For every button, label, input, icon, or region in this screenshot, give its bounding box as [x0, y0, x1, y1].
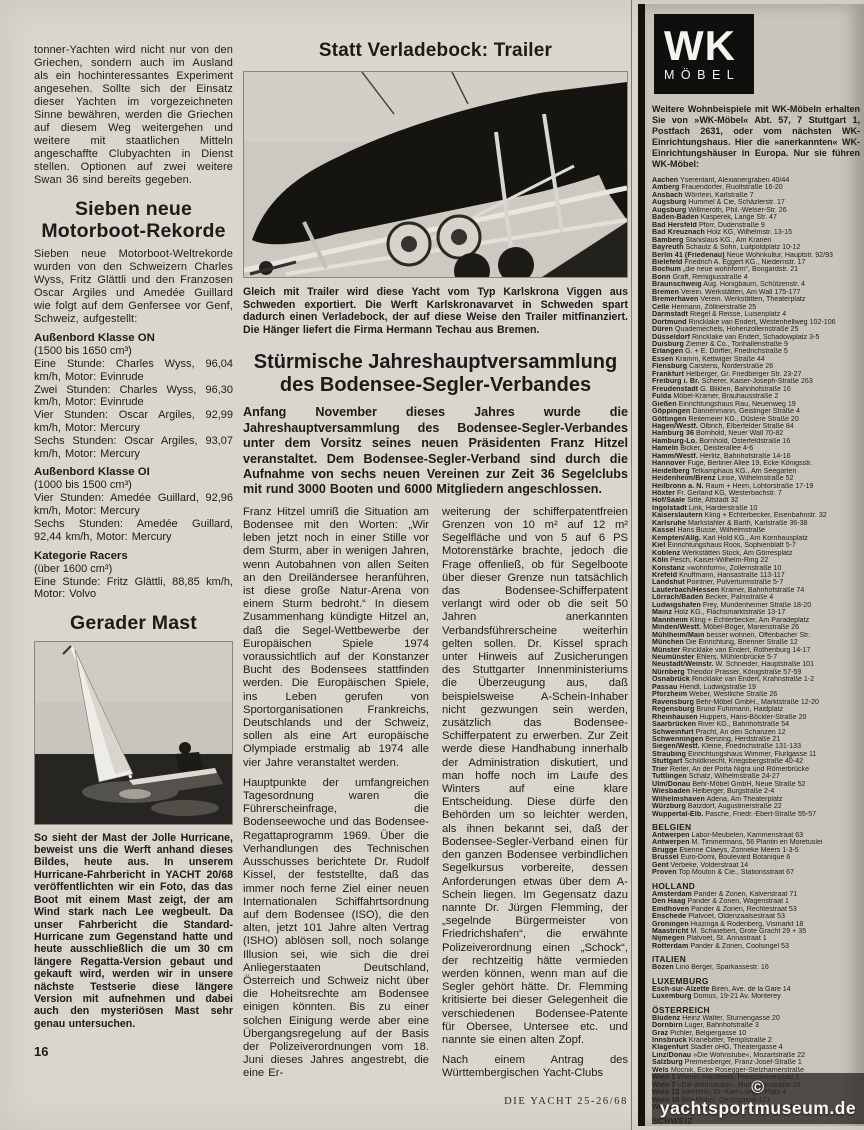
dealer-city: Salzburg — [652, 1059, 683, 1066]
dealer-city: Münster — [652, 647, 680, 654]
dealer-city: Freudenstadt — [652, 386, 698, 393]
dealer-entry: Kassel Hans Busse, Wilhelmstraße — [652, 527, 860, 534]
dealer-city: Ingolstadt — [652, 505, 687, 512]
dealer-city: Augsburg — [652, 199, 686, 206]
dealer-entry: Schwenningen Benzing, Herdstraße 21 — [652, 736, 860, 743]
dealer-city: Bielefeld — [652, 259, 682, 266]
watermark: © yachtsportmuseum.de — [652, 1073, 864, 1124]
article-body-col-2: weiterung der schifferpatentfreien Grenz… — [442, 506, 628, 1088]
dealer-entry: Bludenz Heinz Walter, Sturnengasse 20 — [652, 1015, 860, 1022]
dealer-entry: Innsbruck Kranebitter, Templstraße 2 — [652, 1037, 860, 1044]
dealer-entry: Amberg Frauendorfer, Ruolfstraße 16-20 — [652, 184, 860, 191]
dealer-entry: Bonn Graff, Remigiusstraße 4 — [652, 274, 860, 281]
dealer-city: Amsterdam — [652, 891, 692, 898]
dealer-city: Aachen — [652, 177, 678, 184]
dealer-city: Augsburg — [652, 207, 686, 214]
dealer-entry: Hamburg 36 Bornhold, Neuer Wall 70-82 — [652, 430, 860, 437]
dealer-entry: Dornbirn Luger, Bahnhofstraße 3 — [652, 1022, 860, 1029]
dealer-city: Ansbach — [652, 192, 683, 199]
dealer-entry: Duisburg Ziemer & Co., Tonhallenstraße 9 — [652, 341, 860, 348]
ad-intro-text: Weitere Wohnbeispiele mit WK-Möbeln erha… — [652, 104, 860, 170]
mast-photo-caption: So sieht der Mast der Jolle Hurricane, b… — [34, 832, 233, 1031]
dealer-entry: Stuttgart Schildknecht, Kriegsbergstraße… — [652, 758, 860, 765]
record-group-subtitle: (1500 bis 1650 cm³) — [34, 345, 233, 358]
dealer-city: Heilbronn a. N. — [652, 483, 704, 490]
dealer-city: Würzburg — [652, 803, 686, 810]
dealer-city: Den Haag — [652, 898, 686, 905]
dealer-entry: Hamm/Westf. Herlitz, Bahnhofstraße 14-16 — [652, 453, 860, 460]
dealer-city: Kaiserslautern — [652, 512, 703, 519]
dealer-city: Stuttgart — [652, 758, 682, 765]
record-entry: Sechs Stunden: Oscar Argiles, 93,07 km/h… — [34, 435, 233, 461]
dealer-city: Nijmegen — [652, 935, 685, 942]
dealer-entry: Bremerhaven Verein. Werkstätten, Theater… — [652, 296, 860, 303]
dealer-city: Neustadt/Weinstr. — [652, 661, 713, 668]
dealer-entry: Münster Rincklake van Endert, Rothenburg… — [652, 647, 860, 654]
dealer-city: München — [652, 639, 684, 646]
dealer-city: Freiburg i. Br. — [652, 378, 700, 385]
dealer-entry: Flensburg Carstens, Norderstraße 26 — [652, 363, 860, 370]
country-header: BELGIEN — [652, 823, 860, 832]
dealer-city: Gießen — [652, 401, 677, 408]
dealer-city: Hamburg 36 — [652, 430, 694, 437]
dealer-entry: Augsburg Hummel & Cie, Schäzlerstr. 17 — [652, 199, 860, 206]
dealer-entry: Baden-Baden Kasperek, Lange Str. 47 — [652, 214, 860, 221]
dealer-entry: Ansbach Wörrlein, Karlstraße 7 — [652, 192, 860, 199]
dealer-entry: Dortmund Rincklake van Endert, Westenhel… — [652, 319, 860, 326]
dealer-entry: Hameln Bicker, Deisterallee 4-6 — [652, 445, 860, 452]
page-number: 16 — [34, 1044, 233, 1059]
dealer-entry: München Die Einrichtung, Brienner Straße… — [652, 639, 860, 646]
dealer-entry: Rheinhausen Huppers, Hans-Böckler-Straße… — [652, 714, 860, 721]
dealer-city: Bludenz — [652, 1015, 680, 1022]
dealer-city: Bochum — [652, 266, 681, 273]
dealer-city: Bad Hersfeld — [652, 222, 697, 229]
dealer-city: Brugge — [652, 847, 677, 854]
dealer-city: Enschede — [652, 913, 686, 920]
record-group-subtitle: (über 1600 cm³) — [34, 563, 233, 576]
dealer-city: Bamberg — [652, 237, 683, 244]
dealer-city: Göttingen — [652, 416, 686, 423]
dealer-entry: Wiesbaden Helberger, Burgstraße 2-4 — [652, 788, 860, 795]
dealer-entry: Höxter Fr. Gerland KG, Westerbachstr. 7 — [652, 490, 860, 497]
dealer-entry: Ulm/Donau Behr-Möbel GmbH, Neue Straße 5… — [652, 781, 860, 788]
record-group-title: Außenbord Klasse OI — [34, 466, 233, 479]
dealer-entry: Göttingen Reitemeier KG., Düstere Straße… — [652, 416, 860, 423]
records-heading: Sieben neue Motorboot-Rekorde — [34, 199, 233, 242]
magazine-page: tonner-Yachten wird nicht nur von den Gr… — [0, 0, 864, 1130]
page-gutter — [631, 0, 632, 1130]
dealer-entry: Luxemburg Domus, 19-21 Av. Monterey — [652, 993, 860, 1000]
dealer-entry: Hagen/Westf. Olbrich, Elberfelder Straße… — [652, 423, 860, 430]
dealer-city: Schweinfurt — [652, 729, 694, 736]
dealer-city: Minden/Westf. — [652, 624, 701, 631]
record-entry: Vier Stunden: Amedée Guillard, 92,96 km/… — [34, 492, 233, 518]
body-paragraph: weiterung der schifferpatentfreien Grenz… — [442, 506, 628, 1047]
wk-logo-text: WK — [664, 26, 754, 66]
dealer-city: Rheinhausen — [652, 714, 698, 721]
dealer-entry: Nürnberg Theodor Prasser, Königstraße 57… — [652, 669, 860, 676]
dealer-entry: Schweinfurt Pracht, An den Schanzen 12 — [652, 729, 860, 736]
dealer-city: Heidenheim/Brenz — [652, 475, 716, 482]
dealer-city: Linz/Donau — [652, 1052, 691, 1059]
body-paragraph: Nach einem Antrag des Württembergischen … — [442, 1054, 628, 1080]
dealer-entry: Pforzheim Weber, Westliche Straße 26 — [652, 691, 860, 698]
dealer-city: Innsbruck — [652, 1037, 687, 1044]
dealer-city: Dortmund — [652, 319, 687, 326]
dealer-city: Hof/Saale — [652, 497, 685, 504]
dealer-city: Bad Kreuznach — [652, 229, 705, 236]
dealer-city: Proven — [652, 869, 677, 876]
wk-logo-subtext: MÖBEL — [664, 68, 754, 82]
body-paragraph: Franz Hitzel umriß die Situation am Bode… — [243, 506, 429, 770]
dealer-entry: Lörrach/Baden Becker, Palmstraße 4 — [652, 594, 860, 601]
dealer-list: Aachen Yserentant, Alexianergraben 40/44… — [652, 177, 860, 1126]
dealer-city: Celle — [652, 304, 669, 311]
dealer-city: Nürnberg — [652, 669, 685, 676]
record-group-title: Außenbord Klasse ON — [34, 332, 233, 345]
dealer-city: Amberg — [652, 184, 679, 191]
dealer-city: Klagenfurt — [652, 1044, 688, 1051]
dealer-city: Wilhelmshaven — [652, 796, 705, 803]
dealer-entry: Bamberg Stanislaus KG., Am Kranen — [652, 237, 860, 244]
dealer-entry: Eindhoven Pander & Zonen, Rechtestraat 5… — [652, 906, 860, 913]
dealer-entry: Bad Hersfeld Pforr, Dudenstraße 9 — [652, 222, 860, 229]
dealer-entry: Bad Kreuznach Holz KG, Wilhelmstr. 13-15 — [652, 229, 860, 236]
dealer-entry: Koblenz Werkstätten Stock, Am Görresplat… — [652, 550, 860, 557]
dealer-city: Antwerpen — [652, 839, 690, 846]
dealer-entry: Straubing Einrichtungshaus Wimmer, Flurl… — [652, 751, 860, 758]
dealer-city: Kassel — [652, 527, 675, 534]
dealer-entry: Enschede Platvoet, Oldenzaalsestraat 53 — [652, 913, 860, 920]
dealer-entry: Karlsruhe Markstahler & Barth, Karlstraß… — [652, 520, 860, 527]
dealer-city: Berlin 41 (Friedenau) — [652, 252, 725, 259]
dealer-city: Baden-Baden — [652, 214, 699, 221]
dealer-entry: Regensburg Bruno Fuhrmann, Haidplatz — [652, 706, 860, 713]
dealer-entry: Hof/Saale Sitte, Altstadt 32 — [652, 497, 860, 504]
dealer-entry: Wuppertal-Elb. Pasche, Friedr.-Ebert-Str… — [652, 811, 860, 818]
dealer-entry: Mühlheim/Main besser wohnen, Offenbacher… — [652, 632, 860, 639]
dealer-city: Osnabrück — [652, 676, 690, 683]
dealer-entry: Ludwigshafen Frey, Mundenheimer Straße 1… — [652, 602, 860, 609]
dealer-city: Pforzheim — [652, 691, 687, 698]
dealer-entry: Brugge Etienne Claeys, Zonneke Meers 1-3… — [652, 847, 860, 854]
record-groups: Außenbord Klasse ON(1500 bis 1650 cm³)Ei… — [34, 332, 233, 601]
dealer-city: Göppingen — [652, 408, 690, 415]
dealer-entry: Mainz Holz KG., Flachsmarktstraße 13-17 — [652, 609, 860, 616]
dealer-entry: Tuttlingen Schatz, Wilhelmstraße 24-27 — [652, 773, 860, 780]
dealer-entry: Kiel Einrichtungshaus Roos, Sophienblatt… — [652, 542, 860, 549]
dealer-city: Neumünster — [652, 654, 694, 661]
dealer-entry: Düsseldorf Rincklake van Endert, Schadow… — [652, 334, 860, 341]
dealer-entry: Köln Pesch, Kaiser-Wilhelm-Ring 22 — [652, 557, 860, 564]
dealer-entry: Antwerpen Labor-Meubelen, Kammenstraat 6… — [652, 832, 860, 839]
dealer-city: Köln — [652, 557, 668, 564]
dealer-city: Karlsruhe — [652, 520, 686, 527]
dealer-entry: Osnabrück Rincklake van Endert, Krahnstr… — [652, 676, 860, 683]
assembly-heading: Stürmische Jahreshauptversammlung des Bo… — [243, 351, 628, 397]
dealer-city: Dornbirn — [652, 1022, 683, 1029]
body-paragraph: Hauptpunkte der umfangreichen Tagesordnu… — [243, 777, 429, 1081]
dealer-entry: Kempten/Allg. Karl Hold KG., Am Kornhaus… — [652, 535, 860, 542]
dealer-entry: Darmstadt Riegel & Reisse, Luisenplatz 4 — [652, 311, 860, 318]
dealer-entry: Neustadt/Weinstr. W. Schneider, Hauptstr… — [652, 661, 860, 668]
dealer-city: Essen — [652, 356, 673, 363]
dealer-city: Esch-sur-Alzette — [652, 986, 710, 993]
dealer-entry: Frankfurt Helberger, Gr. Friedberger Str… — [652, 371, 860, 378]
dealer-entry: Heilbronn a. N. Raum + Heim, Lohtorstraß… — [652, 483, 860, 490]
dealer-entry: Antwerpen M. Timmermans, 56 Plantin en M… — [652, 839, 860, 846]
dealer-entry: Passau Hiendl, Ludwigstraße 19 — [652, 684, 860, 691]
record-entry: Zwei Stunden: Charles Wyss, 96,30 km/h, … — [34, 384, 233, 410]
dealer-city: Lörrach/Baden — [652, 594, 703, 601]
dealer-entry: Erlangen G. + E. Dörfler, Friedrichstraß… — [652, 348, 860, 355]
dealer-entry: Augsburg Willmeroth, Phil.-Welser-Str. 2… — [652, 207, 860, 214]
dealer-entry: Brussel Euro-Domi, Boulevard Botanique 6 — [652, 854, 860, 861]
record-group-title: Kategorie Racers — [34, 550, 233, 563]
dealer-entry: Hannover Fuge, Berliner Allee 19, Ecke K… — [652, 460, 860, 467]
dealer-city: Eindhoven — [652, 906, 689, 913]
continuation-paragraph: tonner-Yachten wird nicht nur von den Gr… — [34, 44, 233, 187]
dealer-entry: Würzburg Batzdorf, Augustinerstraße 22 — [652, 803, 860, 810]
dealer-city: Lauterbach/Hessen — [652, 587, 719, 594]
center-column: Statt Verladebock: Trailer — [243, 40, 628, 1107]
record-entry: Vier Stunden: Oscar Argiles, 92,99 km/h,… — [34, 409, 233, 435]
dealer-city: Hamm/Westf. — [652, 453, 698, 460]
record-entry: Eine Stunde: Fritz Glättli, 88,85 km/h, … — [34, 576, 233, 602]
dealer-city: Graz — [652, 1030, 668, 1037]
dealer-entry: Nijmegen Platvoet, St. Annastraat 1 — [652, 935, 860, 942]
dealer-city: Saarbrücken — [652, 721, 696, 728]
country-header: ÖSTERREICH — [652, 1006, 860, 1015]
trailer-headline: Statt Verladebock: Trailer — [243, 40, 628, 62]
dealer-entry: Celle Hermann, Zöllnerstraße 25 — [652, 304, 860, 311]
dealer-city: Kempten/Allg. — [652, 535, 701, 542]
hurricane-sailboat-photo — [34, 641, 233, 825]
mast-heading: Gerader Mast — [34, 613, 233, 635]
dealer-city: Koblenz — [652, 550, 680, 557]
wk-moebel-logo: WK MÖBEL — [654, 14, 754, 94]
dealer-city: Duisburg — [652, 341, 684, 348]
dealer-entry: Fulda Möbel-Kramer, Brauhausstraße 2 — [652, 393, 860, 400]
dealer-city: Konstanz — [652, 565, 685, 572]
dealer-city: Düren — [652, 326, 673, 333]
dealer-entry: Essen Kramm, Kettwiger Straße 44 — [652, 356, 860, 363]
dealer-city: Ulm/Donau — [652, 781, 690, 788]
country-header: HOLLAND — [652, 882, 860, 891]
dealer-city: Trier — [652, 766, 668, 773]
dealer-entry: Neumünster Ehlers, Mühlenbrücke 5-7 — [652, 654, 860, 661]
dealer-city: Frankfurt — [652, 371, 684, 378]
dealer-city: Düsseldorf — [652, 334, 690, 341]
dealer-city: Höxter — [652, 490, 675, 497]
dealer-city: Mainz — [652, 609, 672, 616]
dealer-entry: Heidenheim/Brenz Linse, Wilhelmstraße 52 — [652, 475, 860, 482]
left-column: tonner-Yachten wird nicht nur von den Gr… — [34, 44, 233, 1059]
dealer-entry: Linz/Donau »Die Wohnstube«, Mozartstraße… — [652, 1052, 860, 1059]
dealer-entry: Rotterdam Pander & Zonen, Coolsingel 53 — [652, 943, 860, 950]
dealer-entry: Saarbrücken River KG., Bahnhofstraße 54 — [652, 721, 860, 728]
dealer-city: Wiesbaden — [652, 788, 690, 795]
dealer-city: Hameln — [652, 445, 678, 452]
assembly-lead: Anfang November dieses Jahres wurde die … — [243, 405, 628, 497]
dealer-entry: Freiburg i. Br. Scherer, Kaiser-Joseph-S… — [652, 378, 860, 385]
dealer-city: Schwenningen — [652, 736, 703, 743]
dealer-city: Maastricht — [652, 928, 688, 935]
dealer-entry: Bremen Verein. Werkstätten, Am Wall 175-… — [652, 289, 860, 296]
wk-moebel-ad: WK MÖBEL Weitere Wohnbeispiele mit WK-Mö… — [638, 4, 864, 1126]
dealer-city: Heidelberg — [652, 468, 690, 475]
dealer-entry: Bayreuth Schautz & Sohn, Luitpoldplatz 1… — [652, 244, 860, 251]
dealer-entry: Göppingen Dannenmann, Geislinger Straße … — [652, 408, 860, 415]
dealer-entry: Braunschweig Aug. Honigbaum, Schützenstr… — [652, 281, 860, 288]
record-entry: Eine Stunde: Charles Wyss, 96,04 km/h, M… — [34, 358, 233, 384]
dealer-entry: Amsterdam Pander & Zonen, Kalverstraat 7… — [652, 891, 860, 898]
dealer-city: Antwerpen — [652, 832, 690, 839]
dealer-city: Hamburg-Lo. — [652, 438, 697, 445]
dealer-entry: Minden/Westf. Möbel-Böger, Marienstraße … — [652, 624, 860, 631]
dealer-city: Hagen/Westf. — [652, 423, 698, 430]
dealer-entry: Düren Quademechels, Hohenzollernstraße 2… — [652, 326, 860, 333]
dealer-entry: Berlin 41 (Friedenau) Neue Wohnkultur, H… — [652, 252, 860, 259]
dealer-entry: Maastricht M. Schwiebert, Grote Gracht 2… — [652, 928, 860, 935]
dealer-city: Landshut — [652, 579, 685, 586]
dealer-city: Braunschweig — [652, 281, 702, 288]
magazine-footer: DIE YACHT 25-26/68 — [243, 1096, 628, 1107]
dealer-city: Ravensburg — [652, 699, 694, 706]
dealer-entry: Kaiserslautern Kling + Echterbecker, Eis… — [652, 512, 860, 519]
dealer-entry: Den Haag Pander & Zonen, Wagenstraat 1 — [652, 898, 860, 905]
dealer-entry: Groningen Huizinga & Rodenberg, Vismarkt… — [652, 921, 860, 928]
yacht-trailer-photo — [243, 71, 628, 278]
dealer-city: Regensburg — [652, 706, 694, 713]
country-header: LUXEMBURG — [652, 977, 860, 986]
dealer-entry: Heidelberg Telkamphaus KG., Am Seegarten — [652, 468, 860, 475]
dealer-entry: Klagenfurt Stadler oHG, Theatergasse 4 — [652, 1044, 860, 1051]
dealer-entry: Mannheim Kling + Echterbecker, Am Parade… — [652, 617, 860, 624]
dealer-city: Bremerhaven — [652, 296, 698, 303]
country-header: ITALIEN — [652, 955, 860, 964]
dealer-city: Gent — [652, 862, 669, 869]
dealer-city: Brussel — [652, 854, 679, 861]
dealer-city: Straubing — [652, 751, 686, 758]
dealer-entry: Ingolstadt Link, Harderstraße 10 — [652, 505, 860, 512]
dealer-entry: Gent Verbeke, Volderstraat 14 — [652, 862, 860, 869]
dealer-city: Passau — [652, 684, 677, 691]
dealer-city: Bozen — [652, 964, 674, 971]
dealer-city: Tuttlingen — [652, 773, 687, 780]
dealer-city: Krefeld — [652, 572, 677, 579]
dealer-entry: Bochum „die neue wohnform“, Bongardstr. … — [652, 266, 860, 273]
dealer-city: Erlangen — [652, 348, 683, 355]
trailer-photo-caption: Gleich mit Trailer wird diese Yacht vom … — [243, 286, 628, 336]
record-entry: Sechs Stunden: Amedée Guillard, 92,44 km… — [34, 518, 233, 544]
dealer-city: Bonn — [652, 274, 671, 281]
dealer-city: Rotterdam — [652, 943, 688, 950]
dealer-entry: Hamburg-Lo. Bornhold, Osterfeldstraße 16 — [652, 438, 860, 445]
dealer-entry: Ravensburg Behr-Möbel GmbH., Marktstraße… — [652, 699, 860, 706]
dealer-city: Groningen — [652, 921, 689, 928]
dealer-entry: Bozen Lino Berger, Sparkassestr. 16 — [652, 964, 860, 971]
dealer-entry: Bielefeld Friedrich A. Eggert KG., Niede… — [652, 259, 860, 266]
dealer-city: Fulda — [652, 393, 671, 400]
dealer-entry: Proven Top Mouton & Cie., Stationsstraat… — [652, 869, 860, 876]
dealer-city: Wuppertal-Elb. — [652, 811, 703, 818]
dealer-entry: Lauterbach/Hessen Kramer, Bahnhofstraße … — [652, 587, 860, 594]
dealer-entry: Freudenstadt G. Bliklen, Bahnhofstraße 1… — [652, 386, 860, 393]
dealer-city: Siegen/Westf. — [652, 743, 700, 750]
dealer-entry: Siegen/Westf. Kleine, Friedrichstraße 13… — [652, 743, 860, 750]
dealer-entry: Graz Pichler, Belgiergasse 10 — [652, 1030, 860, 1037]
dealer-city: Flensburg — [652, 363, 687, 370]
dealer-city: Hannover — [652, 460, 686, 467]
dealer-entry: Landshut Pointner, Pulverturmstraße 5-7 — [652, 579, 860, 586]
record-group-subtitle: (1000 bis 1500 cm³) — [34, 479, 233, 492]
dealer-entry: Wilhelmshaven Adena, Am Theaterplatz — [652, 796, 860, 803]
dealer-entry: Esch-sur-Alzette Biren, Ave. de la Gare … — [652, 986, 860, 993]
dealer-city: Luxemburg — [652, 993, 692, 1000]
records-intro: Sieben neue Motorboot-Weltrekorde wurden… — [34, 248, 233, 326]
dealer-city: Bremen — [652, 289, 679, 296]
dealer-entry: Krefeld Knuffmann, Hansastraße 113-117 — [652, 572, 860, 579]
dealer-city: Darmstadt — [652, 311, 688, 318]
article-body: Franz Hitzel umriß die Situation am Bode… — [243, 506, 628, 1088]
article-body-col-1: Franz Hitzel umriß die Situation am Bode… — [243, 506, 429, 1088]
dealer-city: Mühlheim/Main — [652, 632, 705, 639]
dealer-entry: Gießen Einrichtungshaus Rau, Neuenweg 19 — [652, 401, 860, 408]
dealer-entry: Aachen Yserentant, Alexianergraben 40/44 — [652, 177, 860, 184]
dealer-city: Ludwigshafen — [652, 602, 701, 609]
dealer-city: Mannheim — [652, 617, 688, 624]
dealer-entry: Salzburg Preimesberger, Franz-Josef-Stra… — [652, 1059, 860, 1066]
dealer-city: Bayreuth — [652, 244, 684, 251]
dealer-city: Kiel — [652, 542, 665, 549]
dealer-entry: Trier Reiter, An der Porta Nigra und Röm… — [652, 766, 860, 773]
dealer-entry: Konstanz »wohnform«, Zollernstraße 10 — [652, 565, 860, 572]
